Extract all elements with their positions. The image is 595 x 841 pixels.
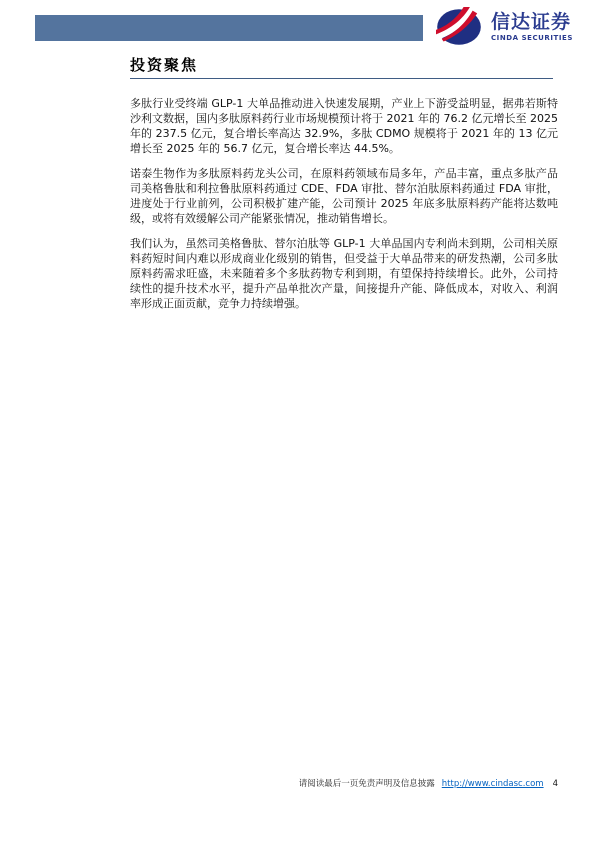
paragraph-industry-overview: 多肽行业受终端 GLP-1 大单品推动进入快速发展期，产业上下游受益明显，据弗若… <box>130 96 558 156</box>
report-page: 信达证券 CINDA SECURITIES 投资聚焦 多肽行业受终端 GLP-1… <box>0 0 595 841</box>
header-accent-bar <box>35 15 423 41</box>
page-footer: 请阅读最后一页免责声明及信息披露 http://www.cindasc.com … <box>130 777 558 789</box>
content-area: 投资聚焦 多肽行业受终端 GLP-1 大单品推动进入快速发展期，产业上下游受益明… <box>130 55 558 321</box>
paragraph-company-position: 诺泰生物作为多肽原料药龙头公司，在原料药领域布局多年，产品丰富，重点多肽产品司美… <box>130 166 558 226</box>
body-text: 多肽行业受终端 GLP-1 大单品推动进入快速发展期，产业上下游受益明显，据弗若… <box>130 96 558 311</box>
brand-name-zh: 信达证券 <box>491 12 573 33</box>
brand-logo: 信达证券 CINDA SECURITIES <box>436 7 573 47</box>
brand-name-en: CINDA SECURITIES <box>491 34 573 42</box>
section-title-underline <box>130 78 553 79</box>
paragraph-our-view: 我们认为，虽然司美格鲁肽、替尔泊肽等 GLP-1 大单品国内专利尚未到期，公司相… <box>130 236 558 311</box>
section-title: 投资聚焦 <box>130 55 558 75</box>
footer-link[interactable]: http://www.cindasc.com <box>442 779 544 789</box>
page-number: 4 <box>553 779 558 789</box>
brand-text: 信达证券 CINDA SECURITIES <box>491 12 573 42</box>
cinda-logo-icon <box>436 7 482 47</box>
footer-disclaimer: 请阅读最后一页免责声明及信息披露 <box>299 777 435 789</box>
